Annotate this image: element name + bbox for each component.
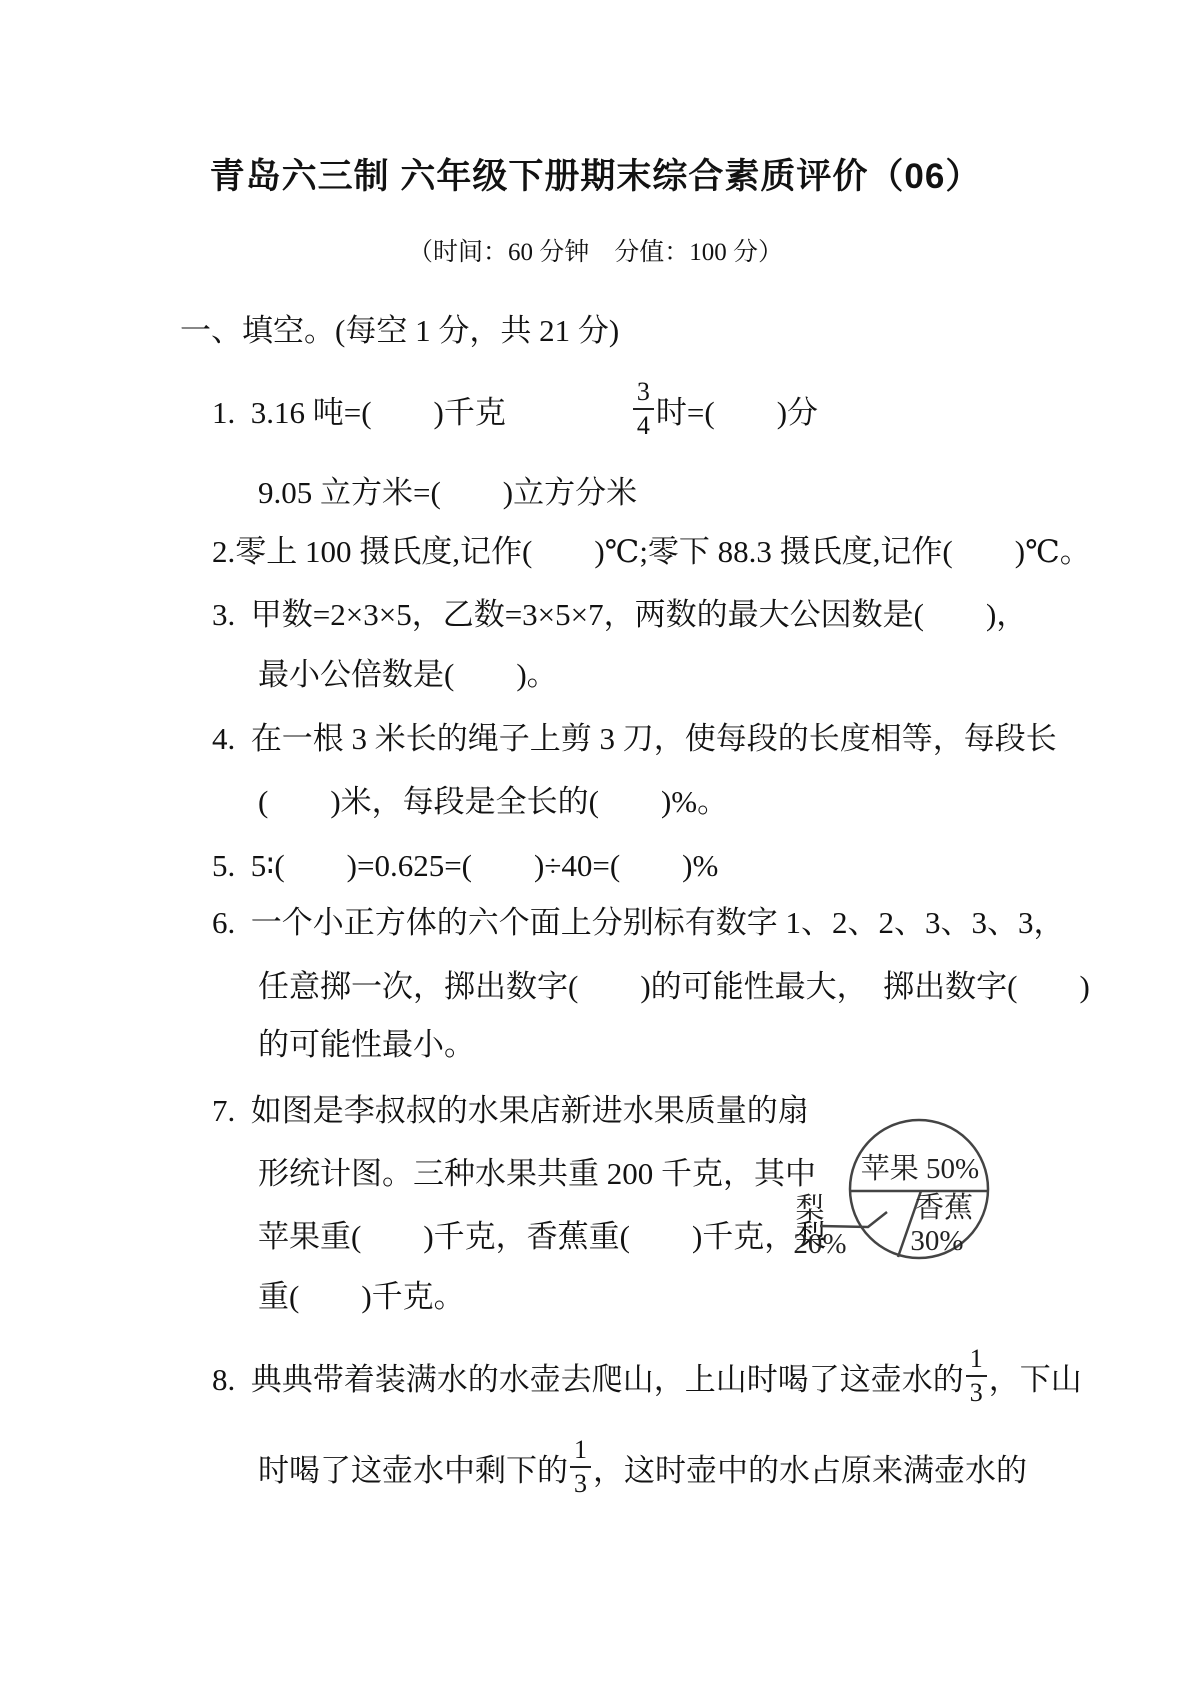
- question-3-line-1: 3. 甲数=2×3×5，乙数=3×5×7，两数的最大公因数是( )，: [212, 596, 1027, 633]
- q1-text-left: 1. 3.16 吨=( )千克: [212, 387, 506, 432]
- q1-spacer: [506, 409, 631, 410]
- fraction-three-fourths: 3 4: [633, 379, 654, 439]
- fraction-denominator: 3: [574, 1468, 587, 1497]
- question-2-line-1: 2.零上 100 摄氏度,记作( )℃;零下 88.3 摄氏度,记作( )℃。: [212, 533, 1091, 570]
- question-3-line-2: 最小公倍数是( )。: [258, 656, 558, 693]
- fraction-one-third: 1 3: [570, 1437, 591, 1497]
- fraction-numerator: 1: [570, 1437, 591, 1468]
- pie-label-pear-value: 20%: [793, 1228, 846, 1260]
- q8-text-right: ，下山: [989, 1354, 1082, 1399]
- question-8-line-2: 时喝了这壶水中剩下的 1 3 ，这时壶中的水占原来满壶水的: [258, 1432, 1027, 1502]
- pie-label-banana-name: 香蕉: [915, 1191, 973, 1224]
- question-4-line-1: 4. 在一根 3 米长的绳子上剪 3 刀，使每段的长度相等，每段长: [212, 720, 1057, 757]
- question-4-line-2: ( )米，每段是全长的( )%。: [258, 783, 728, 820]
- q1-text-right: 时=( )分: [656, 387, 818, 432]
- fraction-numerator: 3: [633, 379, 654, 410]
- fraction-denominator: 4: [637, 410, 650, 439]
- pie-chart: 苹果 50% 香蕉 30% 梨 20%: [780, 1112, 1010, 1277]
- fraction-denominator: 3: [970, 1377, 983, 1406]
- fraction-one-third: 1 3: [966, 1346, 987, 1406]
- question-6-line-1: 6. 一个小正方体的六个面上分别标有数字 1、2、2、3、3、3，: [212, 904, 1065, 941]
- question-1-line-2: 9.05 立方米=( )立方分米: [258, 474, 637, 511]
- exam-paper-page: 青岛六三制 六年级下册期末综合素质评价（06） （时间：60 分钟 分值：100…: [0, 0, 1191, 1684]
- q8-line2-text-left: 时喝了这壶水中剩下的: [258, 1445, 568, 1490]
- question-8-line-1: 8. 典典带着装满水的水壶去爬山，上山时喝了这壶水的 1 3 ，下山: [212, 1341, 1082, 1411]
- question-7-line-3: 苹果重( )千克，香蕉重( )千克，梨: [258, 1218, 826, 1255]
- exam-meta: （时间：60 分钟 分值：100 分）: [0, 238, 1191, 268]
- question-7-line-4: 重( )千克。: [258, 1278, 465, 1315]
- question-6-line-2: 任意掷一次，掷出数字( )的可能性最大， 掷出数字( ): [258, 968, 1090, 1005]
- section-1-header: 一、填空。(每空 1 分，共 21 分): [180, 312, 619, 349]
- question-7-line-2: 形统计图。三种水果共重 200 千克，其中: [258, 1155, 816, 1192]
- page-title: 青岛六三制 六年级下册期末综合素质评价（06）: [0, 156, 1191, 198]
- question-1-line-1: 1. 3.16 吨=( )千克 3 4 时=( )分: [212, 377, 818, 441]
- pie-label-banana-value: 30%: [910, 1225, 963, 1257]
- q8-text-left: 8. 典典带着装满水的水壶去爬山，上山时喝了这壶水的: [212, 1354, 964, 1399]
- question-5-line-1: 5. 5∶( )=0.625=( )÷40=( )%: [212, 847, 718, 884]
- fraction-numerator: 1: [966, 1346, 987, 1377]
- question-7-line-1: 7. 如图是李叔叔的水果店新进水果质量的扇: [212, 1092, 809, 1129]
- question-6-line-3: 的可能性最小。: [258, 1026, 475, 1063]
- pie-label-pear-name: 梨: [795, 1192, 824, 1225]
- pie-chart-svg: 苹果 50% 香蕉 30% 梨 20%: [780, 1112, 1010, 1277]
- pie-label-apple: 苹果 50%: [861, 1152, 979, 1185]
- q8-line2-text-right: ，这时壶中的水占原来满壶水的: [593, 1445, 1027, 1490]
